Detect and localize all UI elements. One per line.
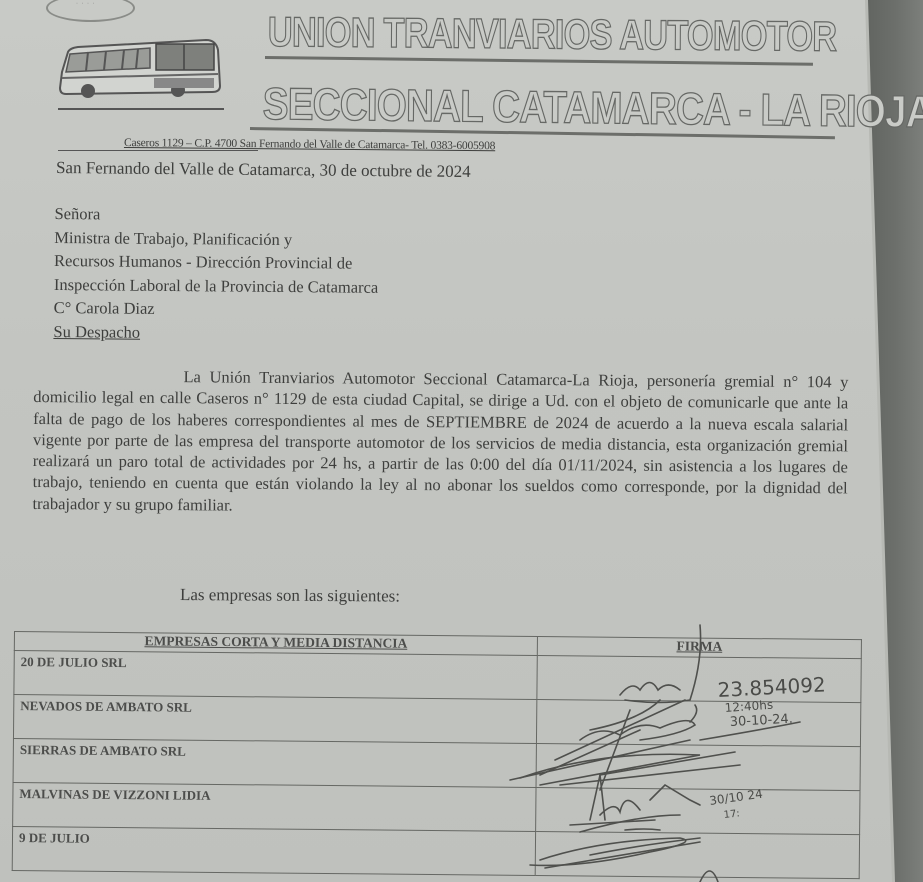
recipient-line: Recursos Humanos - Dirección Provincial …: [54, 249, 379, 275]
recipient-line: Inspección Laboral de la Provincia de Ca…: [54, 273, 379, 299]
address-rule: [58, 150, 258, 151]
recipient-line: C° Carola Diaz: [54, 296, 379, 322]
signature-cell: [536, 700, 860, 747]
recipient-line: Señora: [54, 202, 379, 228]
table-row: 9 DE JULIO: [12, 826, 859, 878]
company-name: MALVINAS DE VIZZONI LIDIA: [13, 782, 536, 831]
signature-cell: [537, 656, 861, 703]
bus-icon: [58, 34, 222, 104]
company-name: NEVADOS DE AMBATO SRL: [13, 695, 536, 744]
signature-cell: [536, 788, 860, 835]
recipient-closing: Su Despacho: [53, 319, 378, 345]
company-name: SIERRAS DE AMBATO SRL: [13, 738, 536, 787]
signature-cell: [536, 744, 860, 791]
letterhead-title-line1: UNION TRANVIARIOS AUTOMOTOR: [268, 8, 837, 61]
body-paragraph: La Unión Tranviarios Automotor Seccional…: [32, 365, 848, 520]
place-date: San Fernando del Valle de Catamarca, 30 …: [56, 158, 471, 182]
recipient-line: Ministra de Trabajo, Planificación y: [54, 226, 379, 252]
logo-rule: [58, 108, 224, 110]
companies-intro: Las empresas son las siguientes:: [180, 585, 400, 607]
company-name: 20 DE JULIO SRL: [14, 651, 537, 700]
signature-cell: [535, 832, 859, 879]
letter-body: La Unión Tranviarios Automotor Seccional…: [32, 365, 848, 520]
recipient-block: Señora Ministra de Trabajo, Planificació…: [53, 202, 379, 346]
company-name: 9 DE JULIO: [12, 826, 535, 875]
companies-table: EMPRESAS CORTA Y MEDIA DISTANCIA FIRMA 2…: [12, 631, 862, 879]
